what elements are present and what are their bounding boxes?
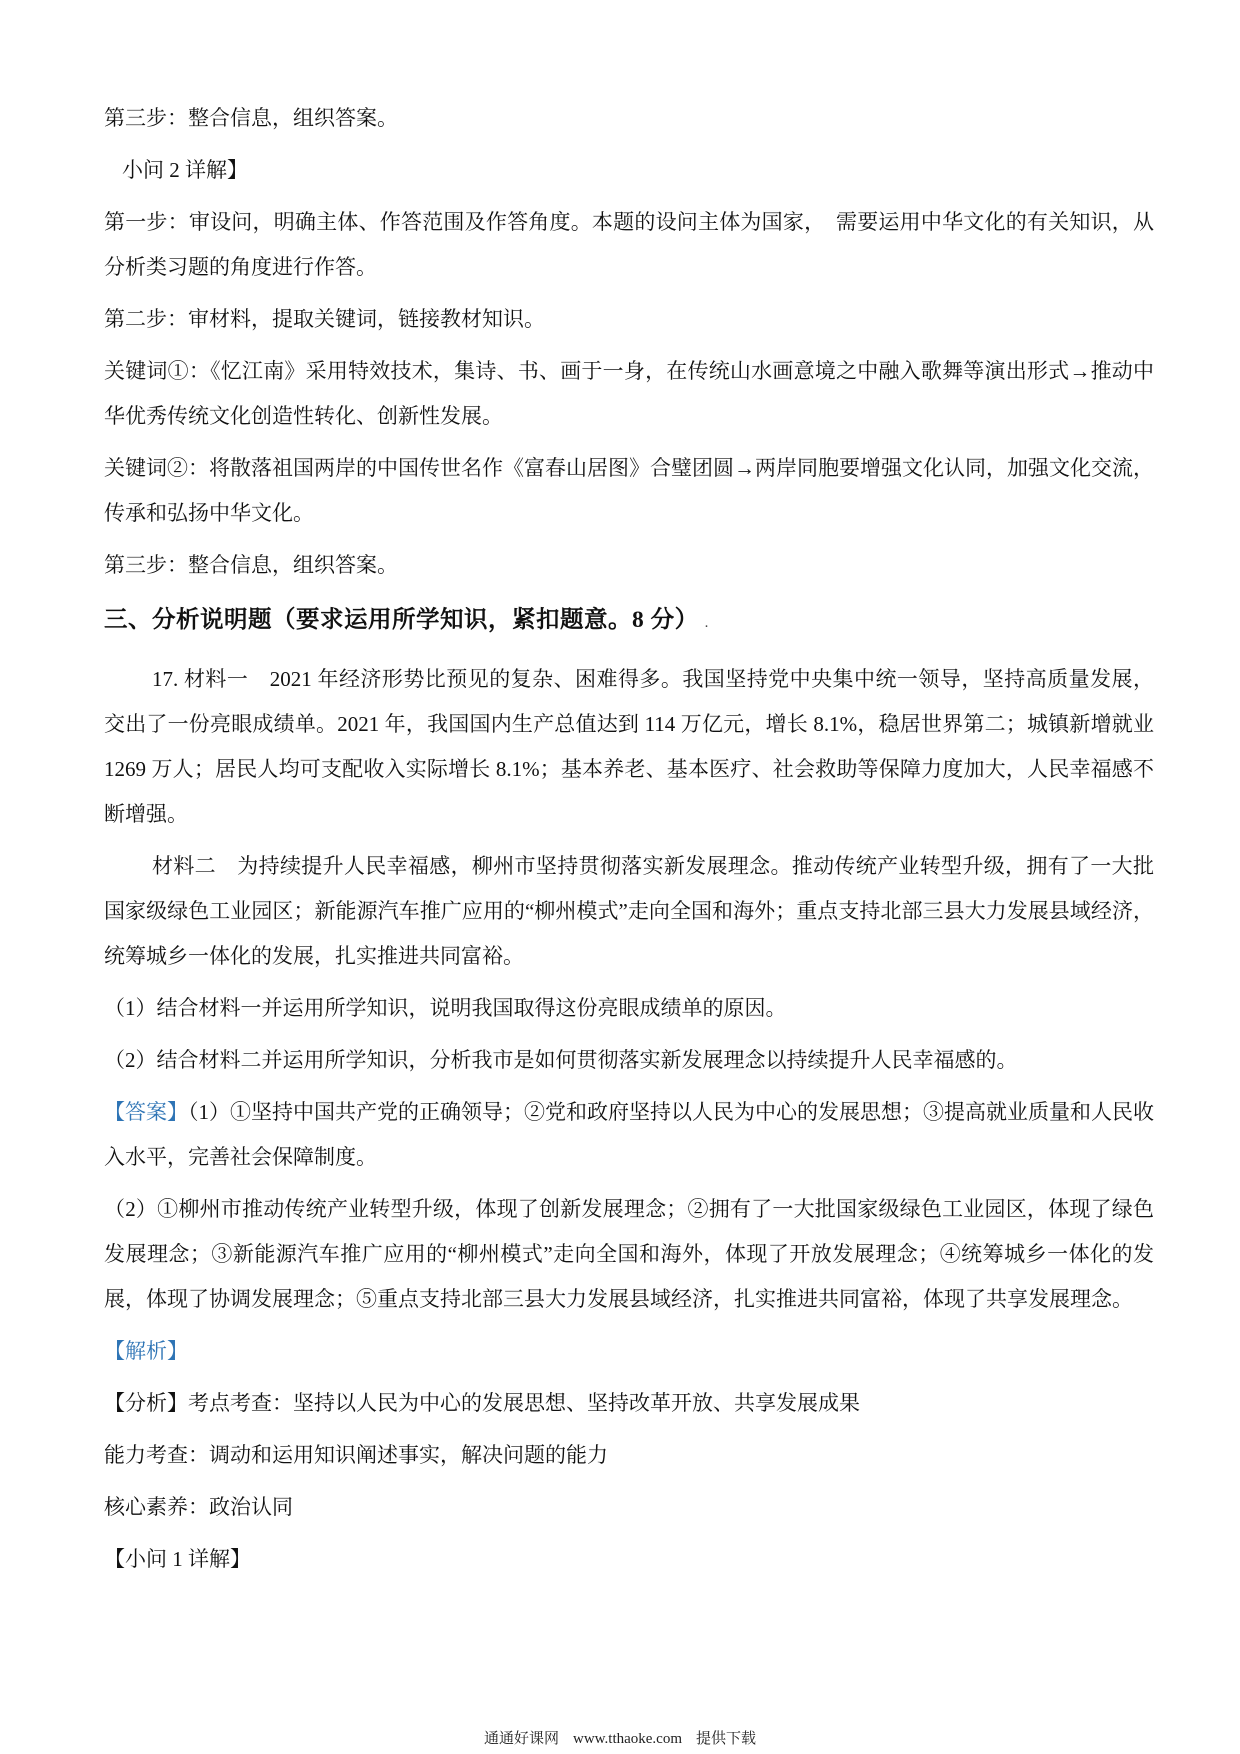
footer-suffix: 提供下载	[696, 1731, 756, 1747]
para-step3-first: 第三步：整合信息，组织答案。	[104, 96, 1154, 141]
question-17-material-2: 材料二 为持续提升人民幸福感，柳州市坚持贯彻落实新发展理念。推动传统产业转型升级…	[104, 844, 1154, 979]
para-step2: 第二步：审材料，提取关键词，链接教材知识。	[104, 297, 1154, 342]
para-keyword-2: 关键词②：将散落祖国两岸的中国传世名作《富春山居图》合璧团圆→两岸同胞要增强文化…	[104, 446, 1154, 536]
analysis-label: 【解析】	[104, 1339, 188, 1363]
section-heading: 三、分析说明题（要求运用所学知识，紧扣题意。8 分）.	[104, 595, 1154, 648]
para-step3-second: 第三步：整合信息，组织答案。	[104, 543, 1154, 588]
subquestion-2-header: 小问 2 详解】	[104, 148, 1154, 193]
question-17-part-2: （2）结合材料二并运用所学知识，分析我市是如何贯彻落实新发展理念以持续提升人民幸…	[104, 1038, 1154, 1083]
section-heading-text: 三、分析说明题（要求运用所学知识，紧扣题意。8 分）	[104, 607, 699, 633]
answer-paragraph-2: （2）①柳州市推动传统产业转型升级，体现了创新发展理念；②拥有了一大批国家级绿色…	[104, 1187, 1154, 1322]
analysis-label-line: 【解析】	[104, 1329, 1154, 1374]
question-17-material-1: 17. 材料一 2021 年经济形势比预见的复杂、困难得多。我国坚持党中央集中统…	[104, 657, 1154, 837]
para-step1: 第一步：审设问，明确主体、作答范围及作答角度。本题的设问主体为国家， 需要运用中…	[104, 200, 1154, 290]
section-heading-trailing-dot: .	[699, 615, 709, 631]
answer-label: 【答案】	[104, 1100, 188, 1124]
analysis-ability: 能力考查：调动和运用知识阐述事实，解决问题的能力	[104, 1433, 1154, 1478]
answer-paragraph-1: 【答案】（1）①坚持中国共产党的正确领导；②党和政府坚持以人民为中心的发展思想；…	[104, 1090, 1154, 1180]
subquestion-1-header: 【小问 1 详解】	[104, 1537, 1154, 1582]
footer-site-name: 通通好课网	[484, 1731, 559, 1747]
analysis-core-literacy: 核心素养：政治认同	[104, 1485, 1154, 1530]
analysis-exam-points: 【分析】考点考查：坚持以人民为中心的发展思想、坚持改革开放、共享发展成果	[104, 1381, 1154, 1426]
footer: 通通好课网www.tthaoke.com提供下载	[0, 1727, 1240, 1748]
footer-url: www.tthaoke.com	[573, 1731, 682, 1747]
document-page: 第三步：整合信息，组织答案。 小问 2 详解】 第一步：审设问，明确主体、作答范…	[0, 0, 1240, 1754]
para-keyword-1: 关键词①：《忆江南》采用特效技术，集诗、书、画于一身，在传统山水画意境之中融入歌…	[104, 349, 1154, 439]
answer-part-1-text: （1）①坚持中国共产党的正确领导；②党和政府坚持以人民为中心的发展思想；③提高就…	[104, 1100, 1154, 1169]
question-17-part-1: （1）结合材料一并运用所学知识，说明我国取得这份亮眼成绩单的原因。	[104, 986, 1154, 1031]
